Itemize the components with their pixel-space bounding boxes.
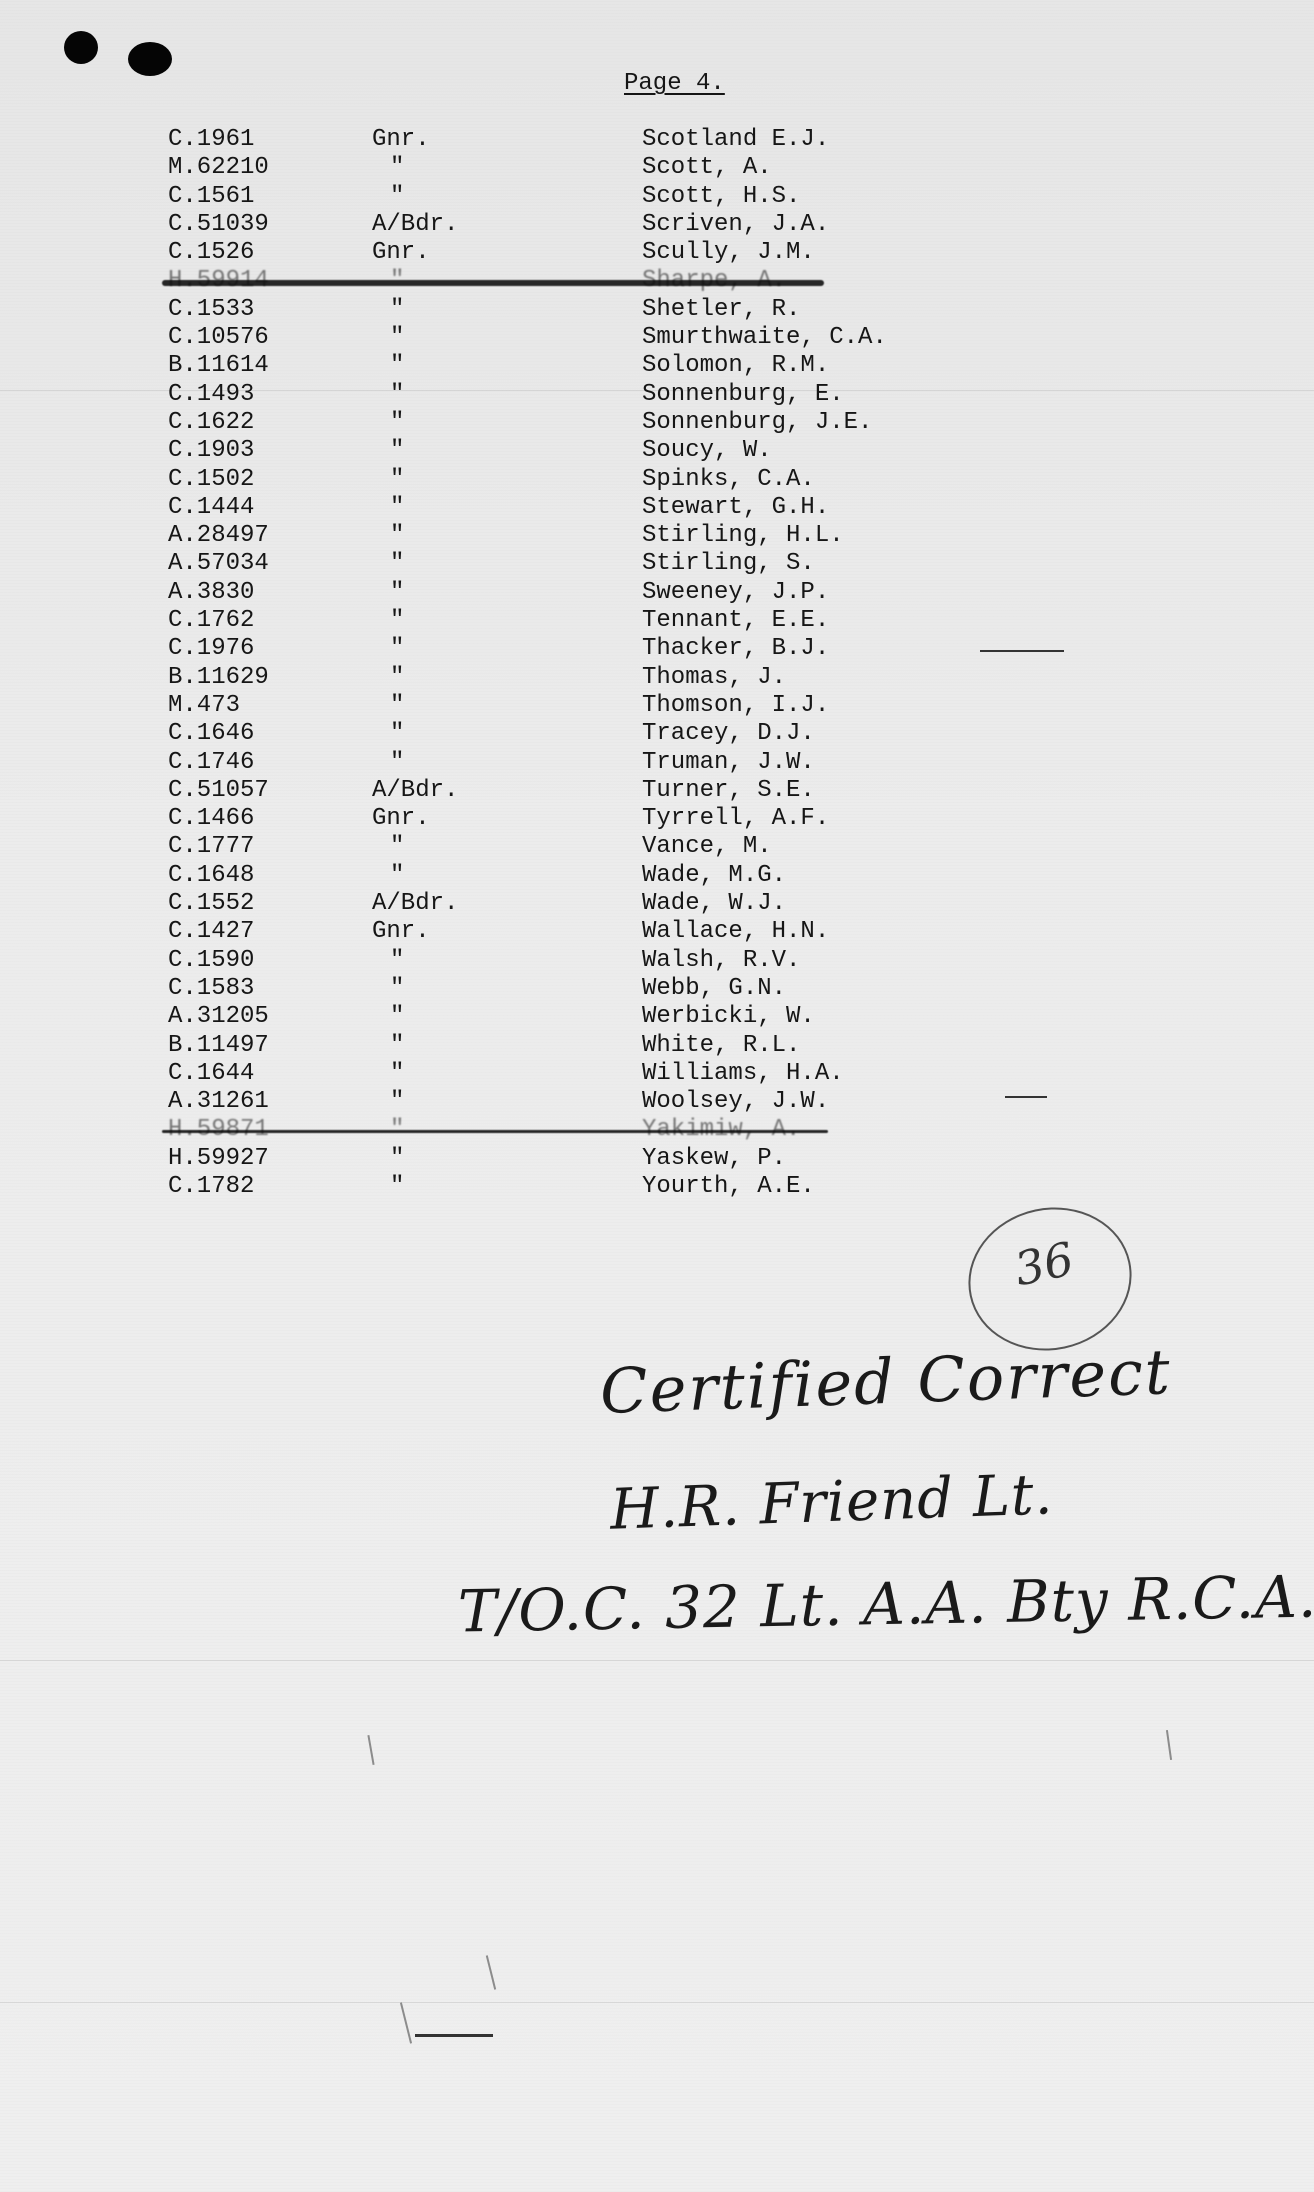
rank: ": [390, 494, 404, 522]
service-number: A.3830: [168, 579, 254, 607]
roster-row-struck: H.59914"Sharpe, A.: [0, 267, 1314, 295]
service-number: C.1466: [168, 805, 254, 833]
rank: A/Bdr.: [372, 777, 458, 805]
rank: ": [390, 550, 404, 578]
rank: ": [390, 749, 404, 777]
rank: ": [390, 1088, 404, 1116]
roster-row: C.1961Gnr.Scotland E.J.: [0, 126, 1314, 154]
rank: ": [390, 947, 404, 975]
service-number: C.1533: [168, 296, 254, 324]
service-number: C.51039: [168, 211, 269, 239]
roster-row: C.1561"Scott, H.S.: [0, 183, 1314, 211]
roster-row: C.1427Gnr.Wallace, H.N.: [0, 918, 1314, 946]
roster-row: C.1646"Tracey, D.J.: [0, 720, 1314, 748]
soldier-name: Scotland E.J.: [642, 126, 829, 154]
rank: ": [390, 466, 404, 494]
roster-row: C.1583"Webb, G.N.: [0, 975, 1314, 1003]
service-number: C.1762: [168, 607, 254, 635]
soldier-name: Tennant, E.E.: [642, 607, 829, 635]
roster-row: C.1622"Sonnenburg, J.E.: [0, 409, 1314, 437]
rank: ": [390, 1032, 404, 1060]
roster-row: A.28497"Stirling, H.L.: [0, 522, 1314, 550]
personnel-roster: C.1961Gnr.Scotland E.J.M.62210"Scott, A.…: [0, 126, 1314, 1201]
soldier-name: Stirling, S.: [642, 550, 815, 578]
rank: ": [390, 522, 404, 550]
page-number: Page 4.: [624, 70, 725, 97]
rank: A/Bdr.: [372, 211, 458, 239]
margin-tick-mark: [980, 650, 1064, 652]
soldier-name: Turner, S.E.: [642, 777, 815, 805]
rank: ": [390, 692, 404, 720]
roster-row: H.59927"Yaskew, P.: [0, 1145, 1314, 1173]
margin-tick-mark: [415, 2034, 493, 2037]
service-number: C.1583: [168, 975, 254, 1003]
roster-row: C.1552A/Bdr.Wade, W.J.: [0, 890, 1314, 918]
circled-count-text: 36: [1010, 1231, 1078, 1296]
soldier-name: Spinks, C.A.: [642, 466, 815, 494]
soldier-name: Thacker, B.J.: [642, 635, 829, 663]
rank: ": [390, 833, 404, 861]
service-number: B.11614: [168, 352, 269, 380]
scan-line: [0, 2002, 1314, 2003]
soldier-name: Stirling, H.L.: [642, 522, 844, 550]
soldier-name: Thomas, J.: [642, 664, 786, 692]
roster-row: C.1590"Walsh, R.V.: [0, 947, 1314, 975]
roster-row: C.1466Gnr.Tyrrell, A.F.: [0, 805, 1314, 833]
roster-row: A.57034"Stirling, S.: [0, 550, 1314, 578]
rank: ": [390, 324, 404, 352]
roster-row: C.51039A/Bdr.Scriven, J.A.: [0, 211, 1314, 239]
soldier-name: Solomon, R.M.: [642, 352, 829, 380]
service-number: C.1622: [168, 409, 254, 437]
soldier-name: Sweeney, J.P.: [642, 579, 829, 607]
service-number: B.11497: [168, 1032, 269, 1060]
soldier-name: Sonnenburg, E.: [642, 381, 844, 409]
service-number: H.59871: [168, 1116, 269, 1144]
roster-row: M.473"Thomson, I.J.: [0, 692, 1314, 720]
roster-row: B.11614"Solomon, R.M.: [0, 352, 1314, 380]
soldier-name: Wade, M.G.: [642, 862, 786, 890]
roster-row: C.1644"Williams, H.A.: [0, 1060, 1314, 1088]
roster-row: C.1526Gnr.Scully, J.M.: [0, 239, 1314, 267]
roster-row: C.1493"Sonnenburg, E.: [0, 381, 1314, 409]
rank: ": [390, 296, 404, 324]
roster-row: C.1762"Tennant, E.E.: [0, 607, 1314, 635]
soldier-name: Walsh, R.V.: [642, 947, 800, 975]
soldier-name: Werbicki, W.: [642, 1003, 815, 1031]
soldier-name: Sonnenburg, J.E.: [642, 409, 872, 437]
roster-row: B.11629"Thomas, J.: [0, 664, 1314, 692]
rank: ": [390, 720, 404, 748]
rank: ": [390, 579, 404, 607]
service-number: H.59914: [168, 267, 269, 295]
rank: Gnr.: [372, 918, 430, 946]
service-number: H.59927: [168, 1145, 269, 1173]
service-number: C.1493: [168, 381, 254, 409]
rank: ": [390, 1173, 404, 1201]
service-number: B.11629: [168, 664, 269, 692]
soldier-name: Shetler, R.: [642, 296, 800, 324]
rank: ": [390, 635, 404, 663]
rank: ": [390, 352, 404, 380]
rank: ": [390, 437, 404, 465]
service-number: C.10576: [168, 324, 269, 352]
soldier-name: Webb, G.N.: [642, 975, 786, 1003]
roster-row: C.1533"Shetler, R.: [0, 296, 1314, 324]
roster-row: C.1782"Yourth, A.E.: [0, 1173, 1314, 1201]
roster-row-struck: H.59871"Yakimiw, A.: [0, 1116, 1314, 1144]
service-number: C.1561: [168, 183, 254, 211]
roster-row: C.51057A/Bdr.Turner, S.E.: [0, 777, 1314, 805]
roster-row: C.1976"Thacker, B.J.: [0, 635, 1314, 663]
roster-row: A.31205"Werbicki, W.: [0, 1003, 1314, 1031]
soldier-name: Wallace, H.N.: [642, 918, 829, 946]
soldier-name: Wade, W.J.: [642, 890, 786, 918]
service-number: C.1777: [168, 833, 254, 861]
soldier-name: Sharpe, A.: [642, 267, 786, 295]
punch-hole: [64, 31, 98, 64]
service-number: C.1502: [168, 466, 254, 494]
service-number: C.1961: [168, 126, 254, 154]
soldier-name: Williams, H.A.: [642, 1060, 844, 1088]
service-number: C.1648: [168, 862, 254, 890]
rank: Gnr.: [372, 126, 430, 154]
rank: Gnr.: [372, 239, 430, 267]
rank: ": [390, 1060, 404, 1088]
rank: ": [390, 975, 404, 1003]
roster-row: C.1444"Stewart, G.H.: [0, 494, 1314, 522]
soldier-name: Truman, J.W.: [642, 749, 815, 777]
soldier-name: Scott, A.: [642, 154, 772, 182]
service-number: C.1444: [168, 494, 254, 522]
service-number: A.31205: [168, 1003, 269, 1031]
rank: Gnr.: [372, 805, 430, 833]
soldier-name: Vance, M.: [642, 833, 772, 861]
service-number: C.1782: [168, 1173, 254, 1201]
soldier-name: Smurthwaite, C.A.: [642, 324, 887, 352]
roster-row: C.1502"Spinks, C.A.: [0, 466, 1314, 494]
margin-tick-mark: [1005, 1096, 1047, 1098]
service-number: C.1427: [168, 918, 254, 946]
scan-line: [0, 1660, 1314, 1661]
roster-row: A.3830"Sweeney, J.P.: [0, 579, 1314, 607]
soldier-name: Yakimiw, A.: [642, 1116, 800, 1144]
soldier-name: Soucy, W.: [642, 437, 772, 465]
roster-row: A.31261"Woolsey, J.W.: [0, 1088, 1314, 1116]
service-number: C.1644: [168, 1060, 254, 1088]
service-number: M.473: [168, 692, 240, 720]
service-number: M.62210: [168, 154, 269, 182]
service-number: C.1976: [168, 635, 254, 663]
service-number: C.1590: [168, 947, 254, 975]
soldier-name: Yourth, A.E.: [642, 1173, 815, 1201]
service-number: C.1552: [168, 890, 254, 918]
rank: ": [390, 1116, 404, 1144]
roster-row: C.10576"Smurthwaite, C.A.: [0, 324, 1314, 352]
soldier-name: Woolsey, J.W.: [642, 1088, 829, 1116]
roster-row: C.1648"Wade, M.G.: [0, 862, 1314, 890]
punch-hole: [128, 42, 172, 76]
soldier-name: Thomson, I.J.: [642, 692, 829, 720]
soldier-name: Tracey, D.J.: [642, 720, 815, 748]
rank: ": [390, 607, 404, 635]
roster-row: B.11497"White, R.L.: [0, 1032, 1314, 1060]
rank: ": [390, 154, 404, 182]
soldier-name: Tyrrell, A.F.: [642, 805, 829, 833]
rank: ": [390, 664, 404, 692]
rank: ": [390, 1003, 404, 1031]
service-number: C.1746: [168, 749, 254, 777]
roster-row: C.1777"Vance, M.: [0, 833, 1314, 861]
soldier-name: Yaskew, P.: [642, 1145, 786, 1173]
service-number: A.31261: [168, 1088, 269, 1116]
rank: ": [390, 1145, 404, 1173]
rank: ": [390, 381, 404, 409]
service-number: C.1646: [168, 720, 254, 748]
service-number: C.51057: [168, 777, 269, 805]
soldier-name: Scully, J.M.: [642, 239, 815, 267]
rank: ": [390, 409, 404, 437]
service-number: A.57034: [168, 550, 269, 578]
roster-row: C.1746"Truman, J.W.: [0, 749, 1314, 777]
rank: ": [390, 183, 404, 211]
roster-row: C.1903"Soucy, W.: [0, 437, 1314, 465]
rank: ": [390, 862, 404, 890]
soldier-name: White, R.L.: [642, 1032, 800, 1060]
rank: A/Bdr.: [372, 890, 458, 918]
roster-row: M.62210"Scott, A.: [0, 154, 1314, 182]
soldier-name: Scriven, J.A.: [642, 211, 829, 239]
rank: ": [390, 267, 404, 295]
service-number: C.1526: [168, 239, 254, 267]
service-number: C.1903: [168, 437, 254, 465]
soldier-name: Scott, H.S.: [642, 183, 800, 211]
soldier-name: Stewart, G.H.: [642, 494, 829, 522]
service-number: A.28497: [168, 522, 269, 550]
